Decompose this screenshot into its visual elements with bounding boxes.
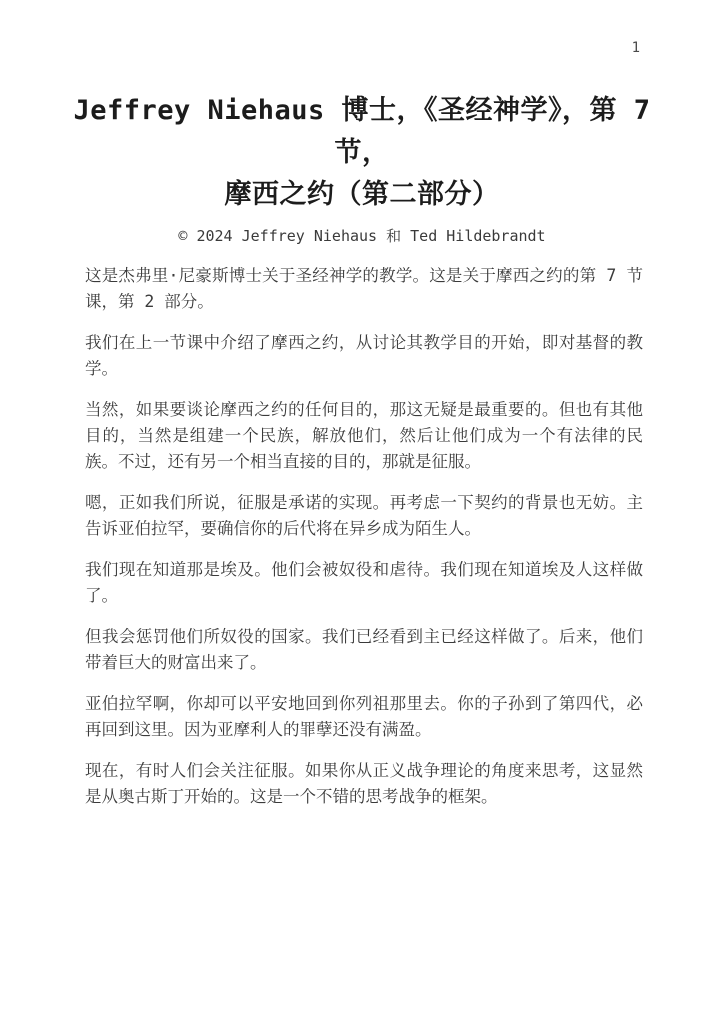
copyright-line: © 2024 Jeffrey Niehaus 和 Ted Hildebrandt xyxy=(0,225,724,247)
paragraph-4: 嗯，正如我们所说，征服是承诺的实现。再考虑一下契约的背景也无妨。主告诉亚伯拉罕，… xyxy=(85,490,643,542)
document-body: 这是杰弗里·尼豪斯博士关于圣经神学的教学。这是关于摩西之约的第 7 节课，第 2… xyxy=(85,263,643,810)
paragraph-2: 我们在上一节课中介绍了摩西之约，从讨论其教学目的开始，即对基督的教学。 xyxy=(85,330,643,382)
paragraph-6: 但我会惩罚他们所奴役的国家。我们已经看到主已经这样做了。后来，他们带着巨大的财富… xyxy=(85,624,643,676)
paragraph-7: 亚伯拉罕啊，你却可以平安地回到你列祖那里去。你的子孙到了第四代，必再回到这里。因… xyxy=(85,691,643,743)
title-line-2: 节， xyxy=(0,132,724,174)
document-page: 1 Jeffrey Niehaus 博士，《圣经神学》，第 7 节， 摩西之约（… xyxy=(0,0,724,1024)
document-title: Jeffrey Niehaus 博士，《圣经神学》，第 7 节， 摩西之约（第二… xyxy=(0,0,724,216)
paragraph-1: 这是杰弗里·尼豪斯博士关于圣经神学的教学。这是关于摩西之约的第 7 节课，第 2… xyxy=(85,263,643,315)
paragraph-3: 当然，如果要谈论摩西之约的任何目的，那这无疑是最重要的。但也有其他目的，当然是组… xyxy=(85,397,643,475)
page-number: 1 xyxy=(632,40,640,56)
paragraph-8: 现在，有时人们会关注征服。如果你从正义战争理论的角度来思考，这显然是从奥古斯丁开… xyxy=(85,758,643,810)
title-line-1: Jeffrey Niehaus 博士，《圣经神学》，第 7 xyxy=(0,90,724,132)
paragraph-5: 我们现在知道那是埃及。他们会被奴役和虐待。我们现在知道埃及人这样做了。 xyxy=(85,557,643,609)
title-line-3: 摩西之约（第二部分） xyxy=(0,174,724,216)
